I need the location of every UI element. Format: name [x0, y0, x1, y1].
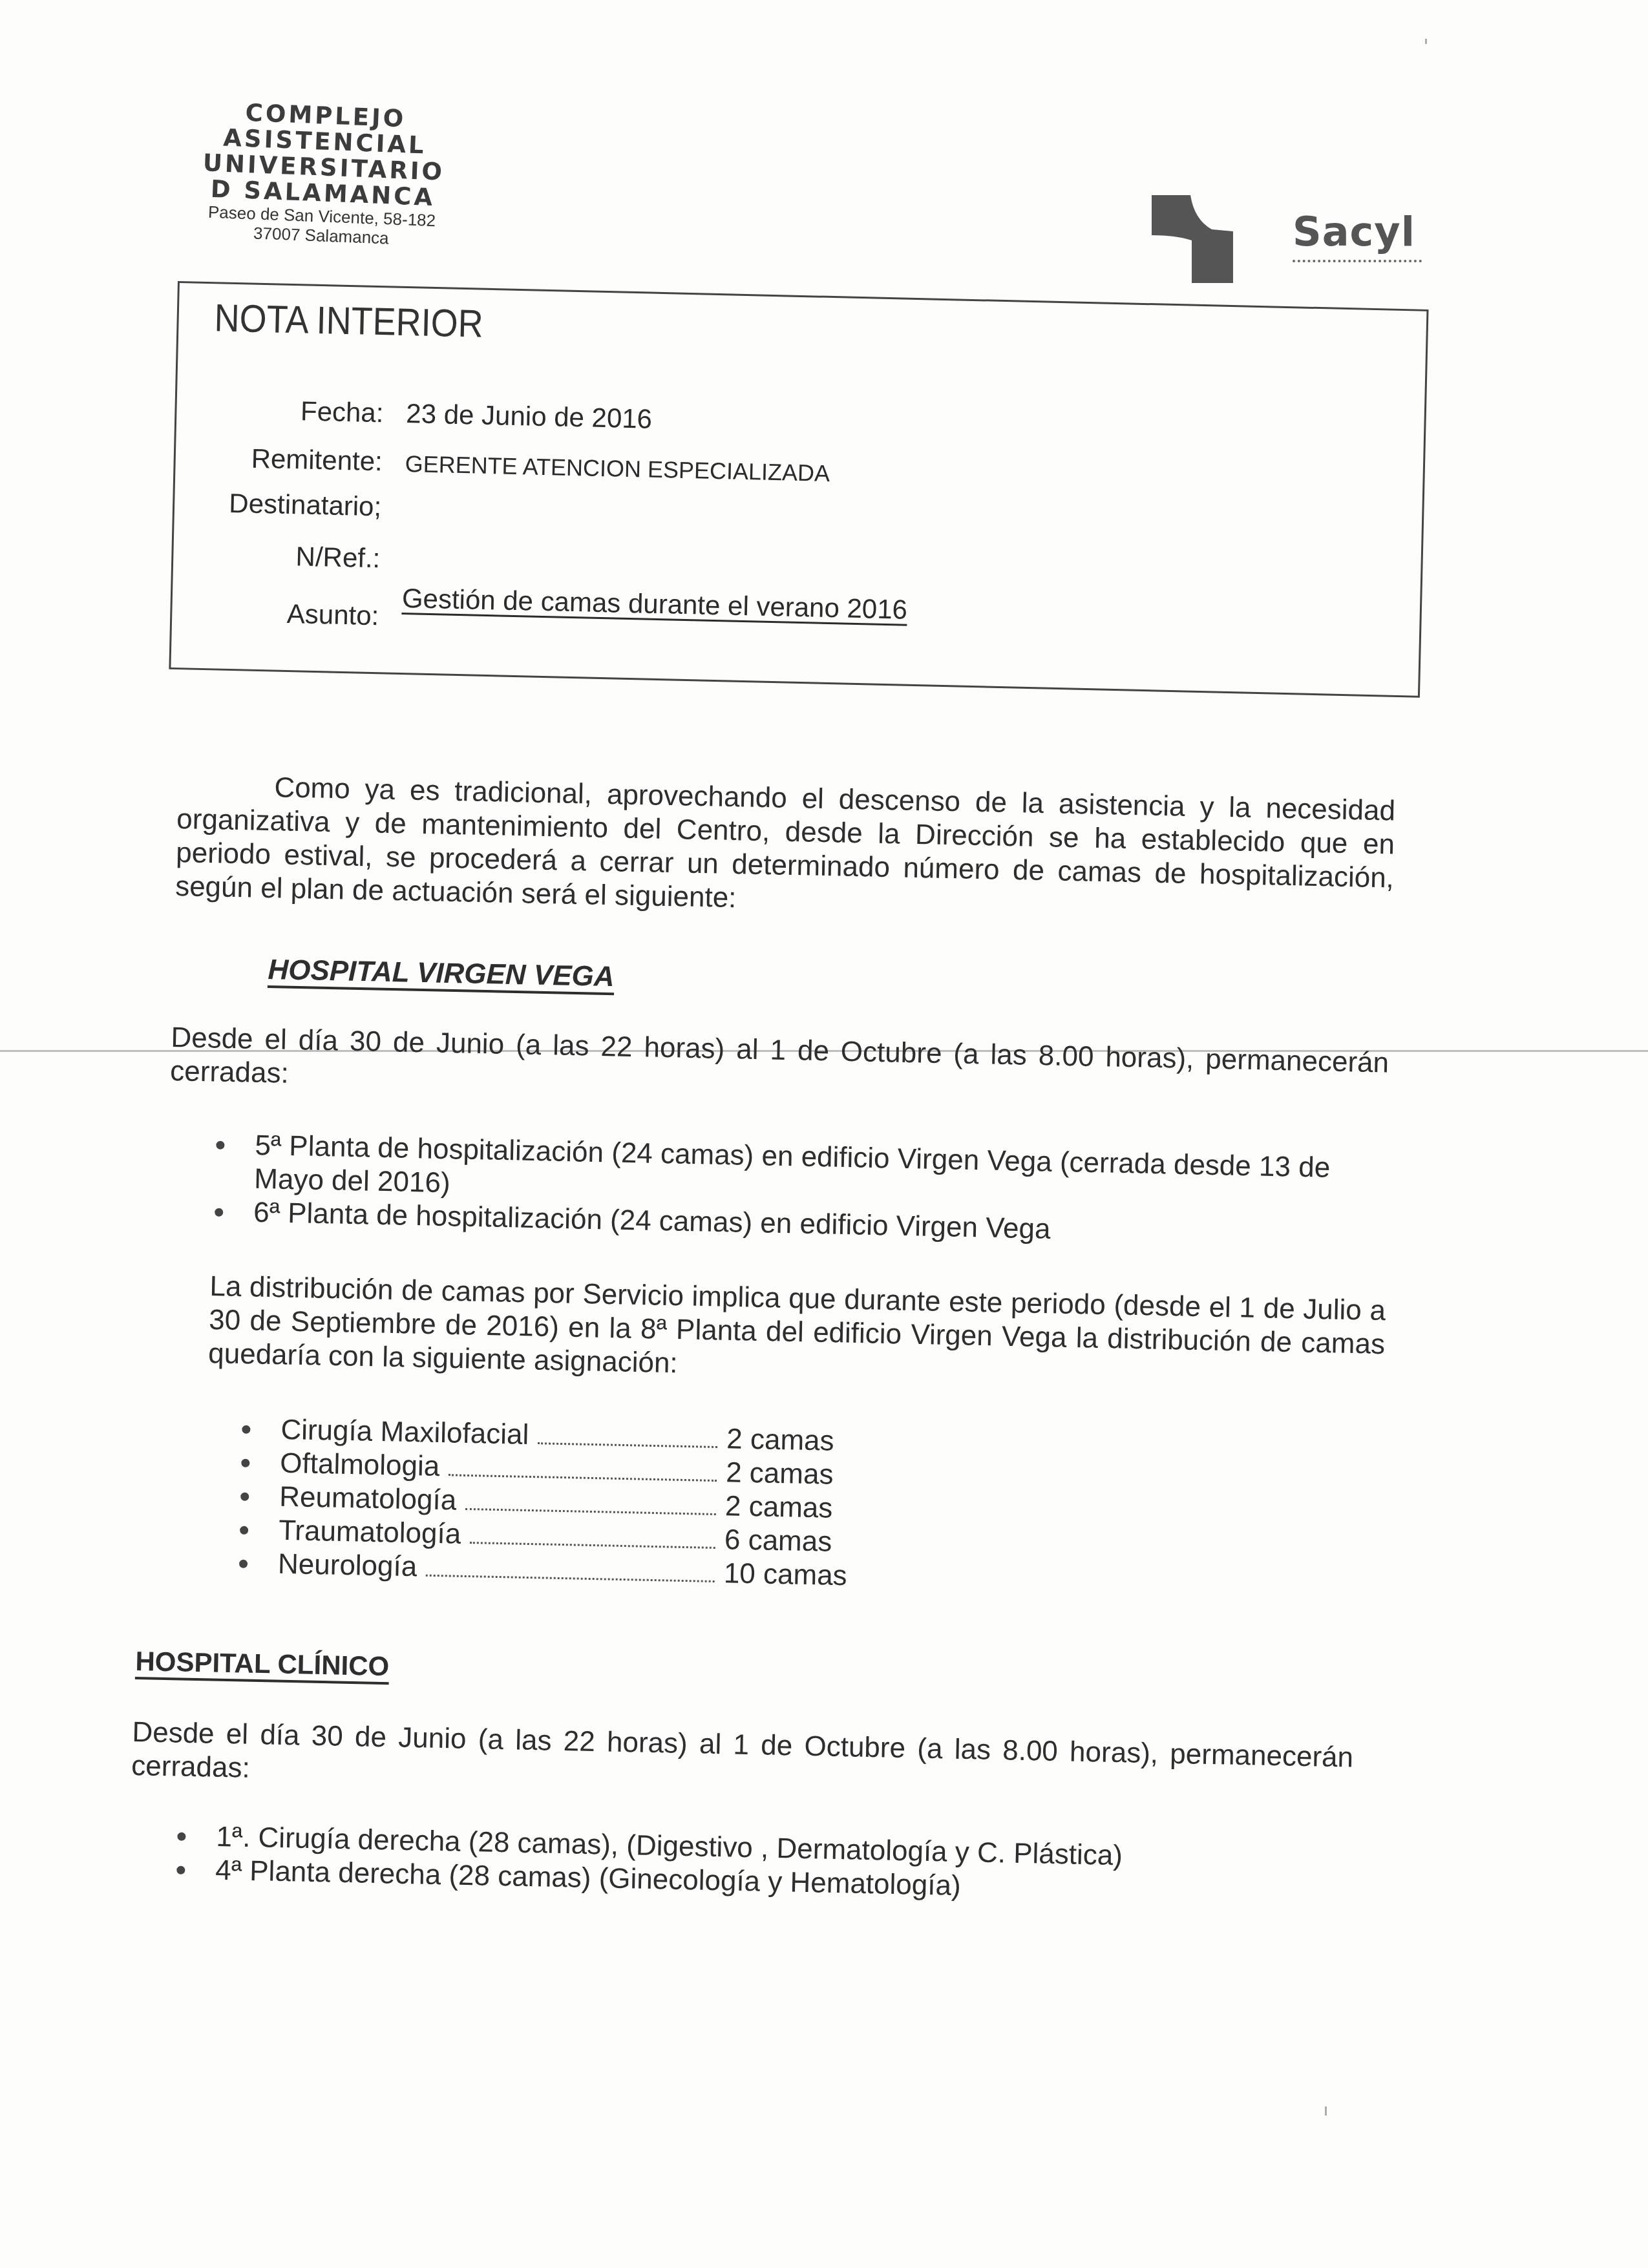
document-page: COMPLEJO ASISTENCIAL UNIVERSITARIO D SAL… — [0, 0, 1648, 2268]
allocation-service: Oftalmologia — [280, 1447, 440, 1484]
letterhead: COMPLEJO ASISTENCIAL UNIVERSITARIO D SAL… — [160, 97, 488, 251]
distribution-paragraph: La distribución de camas por Servicio im… — [208, 1270, 1386, 1395]
bullet-icon — [215, 1208, 223, 1217]
section-clinico-closure: Desde el día 30 de Junio (a las 22 horas… — [131, 1716, 1354, 1809]
list-item-text: 5ª Planta de hospitalización (24 camas) … — [254, 1129, 1331, 1199]
section-virgen-vega-closure: Desde el día 30 de Junio (a las 22 horas… — [170, 1021, 1389, 1113]
scan-speck — [1325, 2106, 1327, 2116]
scan-speck — [1425, 39, 1427, 44]
dot-leader — [426, 1575, 715, 1582]
sacyl-wordmark: Sacyl — [1293, 208, 1415, 255]
dot-leader — [470, 1542, 715, 1549]
bullet-icon — [216, 1141, 224, 1150]
virgen-vega-closures: 5ª Planta de hospitalización (24 camas) … — [195, 1128, 1393, 1254]
dot-leader — [449, 1474, 717, 1482]
allocation-beds: 2 camas — [726, 1456, 862, 1492]
field-label: N/Ref.: — [295, 541, 381, 574]
institution-name: COMPLEJO ASISTENCIAL UNIVERSITARIO D SAL… — [161, 97, 488, 213]
section-title: HOSPITAL VIRGEN VEGA — [268, 954, 615, 992]
field-label: Asunto: — [286, 598, 379, 631]
nota-interior-box: NOTA INTERIOR Fecha: 23 de Junio de 2016… — [169, 281, 1428, 698]
intro-paragraph: Como ya es tradicional, aprovechando el … — [175, 769, 1396, 929]
allocation-beds: 2 camas — [726, 1422, 863, 1458]
dot-leader — [538, 1442, 717, 1448]
virgen-vega-allocations: Cirugía Maxilofacial 2 camas Oftalmologi… — [220, 1412, 934, 1595]
field-label: Remitente: — [251, 443, 383, 478]
allocation-beds: 2 camas — [725, 1489, 861, 1526]
bullet-icon — [241, 1459, 249, 1467]
section-virgen-vega-heading: HOSPITAL VIRGEN VEGA — [268, 953, 1238, 1007]
field-asunto: Asunto: Gestión de camas durante el vera… — [172, 587, 1142, 647]
allocation-service: Reumatología — [279, 1480, 457, 1518]
allocation-beds: 10 camas — [723, 1557, 860, 1593]
nota-title: NOTA INTERIOR — [214, 295, 483, 346]
bullet-icon — [239, 1560, 248, 1568]
closure-paragraph: Desde el día 30 de Junio (a las 22 horas… — [131, 1716, 1354, 1809]
bullet-icon — [242, 1425, 250, 1434]
field-value: GERENTE ATENCION ESPECIALIZADA — [405, 450, 830, 487]
bullet-icon — [240, 1493, 249, 1501]
bullet-icon — [176, 1866, 185, 1874]
section-title: HOSPITAL CLÍNICO — [135, 1646, 390, 1681]
sacyl-tagline — [1293, 260, 1422, 266]
clinico-closures: 1ª. Cirugía derecha (28 camas), (Digesti… — [157, 1819, 1322, 1911]
allocation-service: Neurología — [278, 1548, 417, 1584]
allocation-service: Cirugía Maxilofacial — [280, 1413, 529, 1452]
section-virgen-vega-distribution: La distribución de camas por Servicio im… — [208, 1270, 1386, 1395]
sacyl-logo-mark-icon — [1150, 194, 1241, 284]
closure-paragraph: Desde el día 30 de Junio (a las 22 horas… — [170, 1021, 1389, 1113]
field-label: Destinatario; — [229, 488, 382, 522]
allocation-service: Traumatología — [279, 1514, 461, 1551]
section-clinico-heading: HOSPITAL CLÍNICO — [135, 1644, 1105, 1698]
bullet-icon — [177, 1832, 185, 1841]
field-value: 23 de Junio de 2016 — [406, 398, 653, 435]
dot-leader — [465, 1508, 716, 1515]
sacyl-logo: Sacyl — [1150, 194, 1422, 291]
intro-block: Como ya es tradicional, aprovechando el … — [175, 769, 1396, 929]
field-label: Fecha: — [301, 395, 384, 428]
allocation-beds: 6 camas — [724, 1523, 860, 1559]
bullet-icon — [240, 1526, 248, 1535]
